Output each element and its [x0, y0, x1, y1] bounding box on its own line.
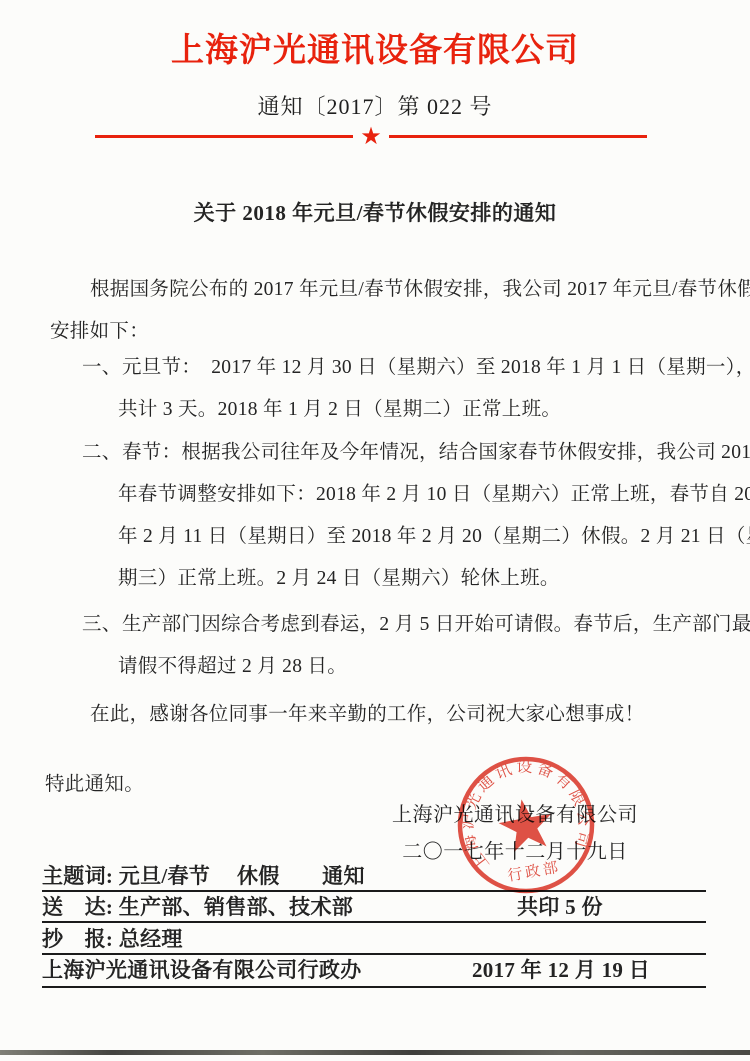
list-line: 二、春节：根据我公司往年及今年情况，结合国家春节休假安排，我公司 2018	[50, 432, 710, 474]
list-line: 期三）正常上班。2 月 24 日（星期六）轮休上班。	[50, 558, 710, 600]
subject-label: 主题词:	[42, 864, 113, 888]
header-rule-right	[389, 135, 647, 138]
issuing-office: 上海沪光通讯设备有限公司行政办	[42, 958, 362, 982]
footer-row-delivery: 送 达: 生产部、销售部、技术部 共印 5 份	[42, 894, 706, 923]
issue-date: 2017 年 12 月 19 日	[472, 954, 650, 986]
list-marker: 一、	[82, 347, 122, 389]
list-line: 请假不得超过 2 月 28 日。	[50, 646, 710, 688]
list-item-spring-festival: 二、春节：根据我公司往年及今年情况，结合国家春节休假安排，我公司 2018 年春…	[50, 432, 710, 600]
copy-label: 抄 报:	[42, 927, 113, 951]
document-title: 关于 2018 年元旦/春节休假安排的通知	[0, 197, 750, 227]
footer-row-issuer: 上海沪光通讯设备有限公司行政办 2017 年 12 月 19 日	[42, 954, 706, 988]
list-marker: 三、	[82, 604, 122, 646]
list-text: 元旦节： 2017 年 12 月 30 日（星期六）至 2018 年 1 月 1…	[122, 357, 750, 378]
list-text: 生产部门因综合考虑到春运，2 月 5 日开始可请假。春节后，生产部门最迟	[122, 614, 750, 635]
list-text: 春节：根据我公司往年及今年情况，结合国家春节休假安排，我公司 2018	[122, 442, 750, 463]
list-line: 三、生产部门因综合考虑到春运，2 月 5 日开始可请假。春节后，生产部门最迟	[50, 604, 710, 646]
closing-remark: 在此，感谢各位同事一年来辛勤的工作，公司祝大家心想事成！	[50, 694, 710, 736]
intro-line: 根据国务院公布的 2017 年元旦/春节休假安排，我公司 2017 年元旦/春节…	[50, 269, 710, 311]
delivery-label: 送 达:	[42, 895, 113, 919]
print-count: 共印 5 份	[517, 894, 603, 921]
signature-company: 上海沪光通讯设备有限公司	[392, 797, 638, 834]
doc-number: 通知〔2017〕第 022 号	[0, 90, 750, 121]
intro-paragraph: 根据国务院公布的 2017 年元旦/春节休假安排，我公司 2017 年元旦/春节…	[50, 269, 710, 353]
signature-block: 上海沪光通讯设备有限公司 二〇一七年十二月十九日	[392, 797, 638, 871]
header-rule: ★	[95, 124, 647, 148]
list-line: 年 2 月 11 日（星期日）至 2018 年 2 月 20（星期二）休假。2 …	[50, 516, 710, 558]
closing-line: 在此，感谢各位同事一年来辛勤的工作，公司祝大家心想事成！	[50, 694, 710, 736]
footer-row-subject: 主题词: 元旦/春节 休假 通知	[42, 862, 706, 892]
list-line: 一、元旦节： 2017 年 12 月 30 日（星期六）至 2018 年 1 月…	[50, 347, 710, 389]
company-header-title: 上海沪光通讯设备有限公司	[0, 24, 750, 71]
document-page: 上海沪光通讯设备有限公司 通知〔2017〕第 022 号 ★ 关于 2018 年…	[0, 0, 750, 1061]
list-item-production: 三、生产部门因综合考虑到春运，2 月 5 日开始可请假。春节后，生产部门最迟 请…	[50, 604, 710, 688]
header-rule-left	[95, 135, 353, 138]
footer-row-copy: 抄 报: 总经理	[42, 925, 706, 955]
scan-edge-artifact	[0, 1050, 750, 1055]
list-marker: 二、	[82, 432, 122, 474]
list-item-new-year: 一、元旦节： 2017 年 12 月 30 日（星期六）至 2018 年 1 月…	[50, 347, 710, 431]
star-icon: ★	[360, 124, 382, 148]
list-line: 年春节调整安排如下：2018 年 2 月 10 日（星期六）正常上班，春节自 2…	[50, 474, 710, 516]
delivery-content: 生产部、销售部、技术部	[119, 895, 353, 919]
list-line: 共计 3 天。2018 年 1 月 2 日（星期二）正常上班。	[50, 389, 710, 431]
copy-content: 总经理	[119, 927, 183, 951]
subject-content: 元旦/春节 休假 通知	[119, 864, 365, 888]
